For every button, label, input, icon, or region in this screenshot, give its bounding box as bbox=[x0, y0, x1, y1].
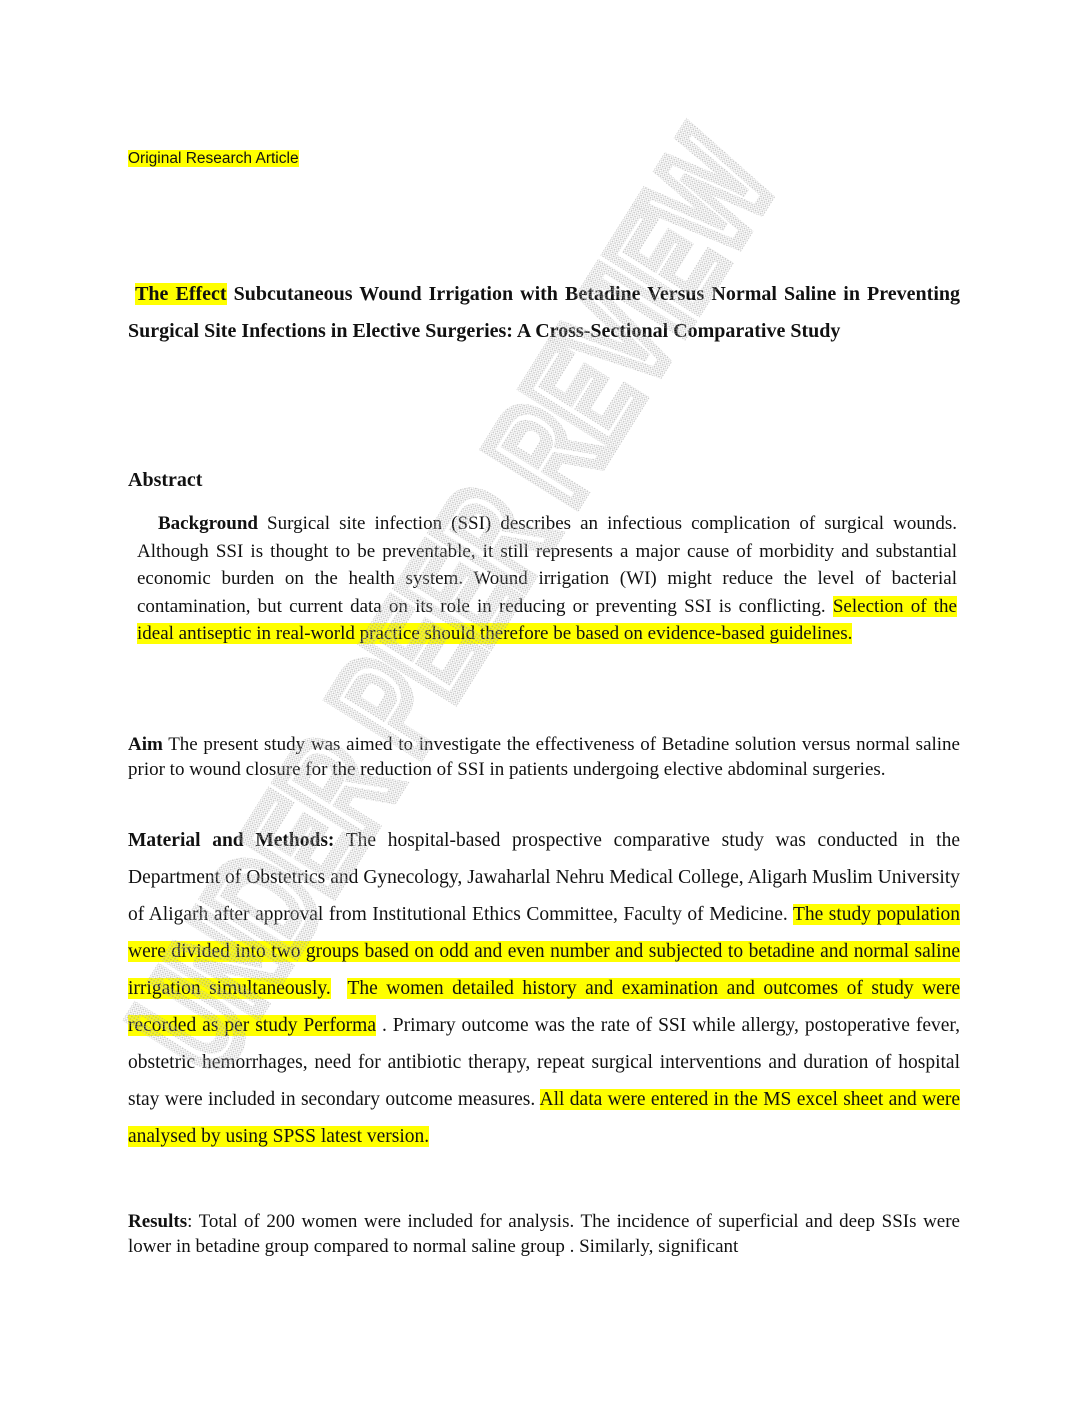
peer-review-watermark: UNDER PEER REVIEW bbox=[0, 0, 1088, 1408]
aim-label: Aim bbox=[128, 734, 163, 755]
document-page: Original Research Article The Effect Sub… bbox=[0, 0, 1088, 1408]
abstract-methods: Material and Methods: The hospital-based… bbox=[128, 822, 960, 1155]
abstract-background: Background Surgical site infection (SSI)… bbox=[137, 510, 957, 648]
results-label: Results bbox=[128, 1211, 187, 1232]
article-type-label: Original Research Article bbox=[128, 148, 299, 170]
abstract-heading: Abstract bbox=[128, 469, 202, 492]
abstract-aim: Aim The present study was aimed to inves… bbox=[128, 733, 960, 782]
paper-title: The Effect Subcutaneous Wound Irrigation… bbox=[128, 276, 960, 350]
abstract-results: Results: Total of 200 women were include… bbox=[128, 1210, 960, 1259]
methods-label: Material and Methods: bbox=[128, 830, 334, 851]
title-highlight: The Effect bbox=[135, 283, 227, 305]
background-label: Background bbox=[158, 513, 258, 534]
